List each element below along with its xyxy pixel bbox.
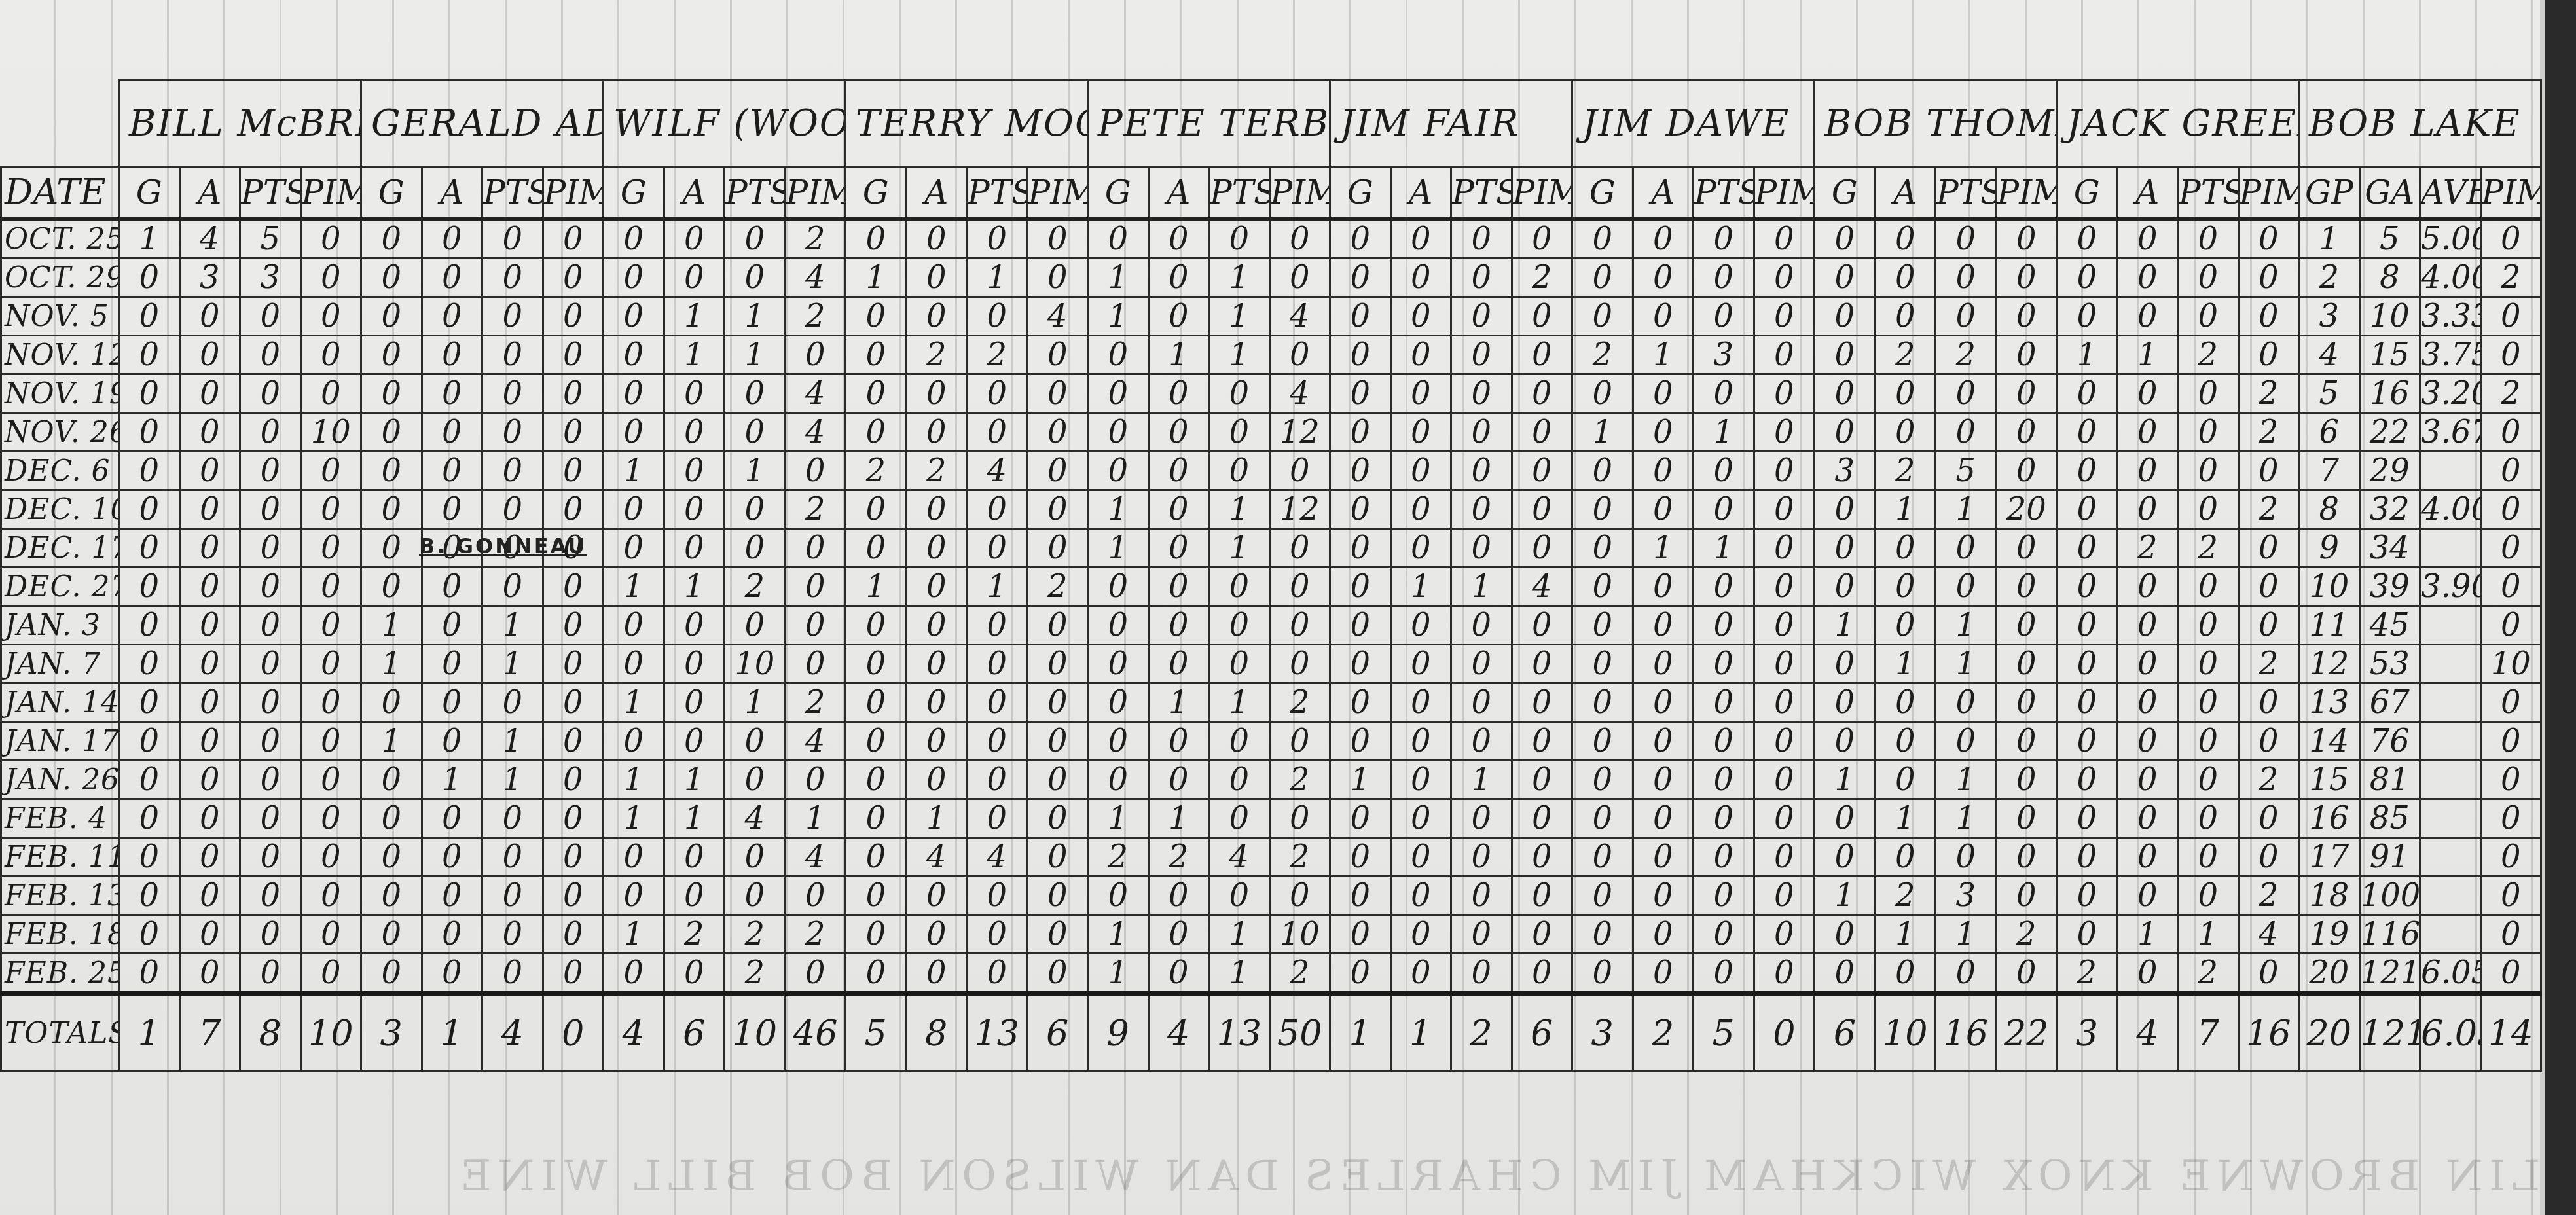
stat-cell: 0: [604, 606, 664, 645]
stat-cell: 0: [2238, 529, 2299, 568]
stat-column-header: A: [664, 167, 725, 219]
stat-cell: 2: [785, 915, 846, 954]
stat-cell: 0: [1209, 799, 1270, 838]
stat-cell: 0: [785, 336, 846, 374]
stat-cell: 0: [1390, 490, 1451, 529]
stat-cell: 0: [1754, 799, 1815, 838]
stat-cell: 0: [2117, 683, 2178, 722]
stat-cell: 0: [664, 606, 725, 645]
stat-cell: 0: [119, 568, 180, 606]
player-header: JACK GREER: [2057, 80, 2299, 167]
stat-cell: 0: [482, 259, 543, 297]
stat-cell: [2420, 683, 2481, 722]
stat-cell: 32: [2359, 490, 2420, 529]
stat-cell: 5: [1936, 452, 1997, 490]
stat-cell: 0: [1390, 915, 1451, 954]
stat-cell: 2: [2238, 645, 2299, 683]
stat-cell: 0: [1754, 529, 1815, 568]
stat-cell: 0: [1269, 259, 1330, 297]
stat-cell: 0: [967, 799, 1028, 838]
stat-cell: 0: [1027, 915, 1088, 954]
total-cell: 1: [422, 994, 482, 1071]
stat-cell: 0: [664, 683, 725, 722]
stat-cell: 0: [1754, 568, 1815, 606]
stat-cell: 0: [1875, 606, 1936, 645]
total-cell: 4: [482, 994, 543, 1071]
stat-cell: 0: [2117, 568, 2178, 606]
stat-cell: 0: [1390, 954, 1451, 994]
stat-cell: 0: [1390, 219, 1451, 259]
stat-cell: 4: [725, 799, 786, 838]
stat-cell: 0: [1148, 259, 1209, 297]
stat-cell: 0: [482, 915, 543, 954]
stat-cell: 0: [1269, 722, 1330, 761]
stat-cell: 0: [1027, 606, 1088, 645]
stat-cell: 0: [1390, 259, 1451, 297]
stat-cell: 0: [1936, 259, 1997, 297]
stat-cell: 4: [1027, 297, 1088, 336]
stat-cell: 6: [2299, 413, 2360, 452]
stat-cell: 1: [967, 568, 1028, 606]
stat-cell: 0: [300, 568, 361, 606]
stat-cell: 0: [1512, 954, 1572, 994]
stat-cell: 0: [2117, 490, 2178, 529]
stat-cell: 100: [2359, 877, 2420, 915]
stat-cell: 1: [2117, 336, 2178, 374]
stat-cell: 0: [1088, 606, 1149, 645]
total-cell: 8: [240, 994, 301, 1071]
stat-cell: 0: [2057, 529, 2118, 568]
stat-cell: 1: [664, 297, 725, 336]
stat-cell: 0: [1512, 838, 1572, 877]
stat-cell: 0: [1754, 877, 1815, 915]
stat-cell: 0: [1694, 799, 1754, 838]
stat-cell: 0: [1390, 722, 1451, 761]
stat-cell: 0: [846, 606, 907, 645]
stat-cell: 0: [300, 452, 361, 490]
stat-cell: 0: [1633, 838, 1694, 877]
stat-cell: 0: [2117, 259, 2178, 297]
stat-cell: 0: [846, 915, 907, 954]
stat-column-header: G: [119, 167, 180, 219]
stat-cell: 3: [179, 259, 240, 297]
stat-cell: 0: [482, 683, 543, 722]
stat-cell: 0: [1148, 915, 1209, 954]
stat-cell: 0: [1936, 219, 1997, 259]
stat-cell: 0: [300, 761, 361, 799]
stat-cell: 0: [785, 761, 846, 799]
stat-cell: 0: [725, 606, 786, 645]
stat-cell: 0: [906, 259, 967, 297]
stat-column-header: A: [1633, 167, 1694, 219]
game-date: NOV. 19: [1, 374, 119, 413]
stat-cell: 0: [1754, 838, 1815, 877]
stat-cell: 0: [240, 606, 301, 645]
stat-cell: 1: [1633, 336, 1694, 374]
stat-cell: 2: [1996, 915, 2057, 954]
stat-cell: 0: [179, 683, 240, 722]
stat-column-header: PIM: [1512, 167, 1572, 219]
total-cell: 46: [785, 994, 846, 1071]
game-row: DEC. 10000000000002000010112000000000112…: [1, 490, 2541, 529]
stat-cell: 0: [2057, 568, 2118, 606]
stat-cell: 0: [2057, 915, 2118, 954]
total-cell: 13: [1209, 994, 1270, 1071]
stat-cell: 10: [2480, 645, 2541, 683]
stat-cell: 0: [664, 529, 725, 568]
stat-cell: 0: [846, 374, 907, 413]
stat-cell: 0: [604, 336, 664, 374]
stat-cell: 0: [785, 645, 846, 683]
stat-cell: 1: [1088, 259, 1149, 297]
stat-cell: 4: [1512, 568, 1572, 606]
stat-cell: 0: [785, 568, 846, 606]
stat-cell: 0: [2117, 838, 2178, 877]
total-cell: 1: [119, 994, 180, 1071]
stat-cell: 0: [422, 722, 482, 761]
stat-cell: 0: [543, 761, 604, 799]
stat-cell: 1: [2178, 915, 2239, 954]
stat-cell: 0: [2480, 915, 2541, 954]
stat-cell: 0: [1209, 374, 1270, 413]
stat-cell: 0: [1148, 297, 1209, 336]
stat-cell: 0: [422, 568, 482, 606]
stat-cell: 1: [1936, 490, 1997, 529]
date-header: DATE: [1, 167, 119, 219]
stat-cell: 0: [2117, 722, 2178, 761]
stat-cell: 4: [1269, 297, 1330, 336]
total-cell: 6: [1027, 994, 1088, 1071]
stat-cell: 0: [1754, 490, 1815, 529]
player-header: WILF (WOODY) CAVANAUGH: [604, 80, 846, 167]
stat-cell: 0: [1148, 877, 1209, 915]
stat-cell: 1: [482, 645, 543, 683]
stat-cell: 0: [846, 336, 907, 374]
stat-cell: 0: [1088, 645, 1149, 683]
corner-cell: [1, 80, 119, 167]
stat-cell: 0: [1694, 954, 1754, 994]
stat-cell: 0: [1633, 915, 1694, 954]
stat-cell: 0: [240, 452, 301, 490]
stat-cell: 0: [422, 645, 482, 683]
stat-cell: 0: [1996, 374, 2057, 413]
total-cell: 8: [906, 994, 967, 1071]
stat-cell: 0: [906, 297, 967, 336]
stat-cell: 1: [1936, 645, 1997, 683]
stat-cell: 0: [300, 259, 361, 297]
stat-cell: 0: [906, 915, 967, 954]
player-header: BOB LAKE: [2299, 80, 2541, 167]
stat-cell: 0: [422, 490, 482, 529]
stat-cell: 2: [1148, 838, 1209, 877]
total-cell: 14: [2480, 994, 2541, 1071]
stat-cell: 0: [725, 877, 786, 915]
stat-cell: 0: [240, 413, 301, 452]
stat-cell: 3.33: [2420, 297, 2481, 336]
stat-cell: 0: [1694, 838, 1754, 877]
stat-cell: 0: [1269, 877, 1330, 915]
stat-cell: 0: [1451, 413, 1512, 452]
stat-cell: 0: [1633, 761, 1694, 799]
stat-cell: 0: [1572, 799, 1633, 838]
stat-cell: 76: [2359, 722, 2420, 761]
stat-cell: 0: [906, 568, 967, 606]
stat-cell: 1: [725, 683, 786, 722]
stat-cell: 0: [2057, 452, 2118, 490]
stat-cell: 0: [1451, 374, 1512, 413]
stat-column-header: PIM: [785, 167, 846, 219]
stat-cell: 1: [1148, 336, 1209, 374]
total-cell: 22: [1996, 994, 2057, 1071]
stat-cell: 1: [1451, 568, 1512, 606]
stat-cell: 0: [1451, 645, 1512, 683]
stat-cell: 0: [1572, 297, 1633, 336]
stat-cell: 0: [300, 954, 361, 994]
stat-cell: 0: [1027, 838, 1088, 877]
game-row: OCT. 25145000000002000000000000000000000…: [1, 219, 2541, 259]
stat-cell: 0: [1754, 374, 1815, 413]
stat-cell: 0: [2178, 452, 2239, 490]
stat-cell: 0: [2178, 683, 2239, 722]
stat-cell: 0: [1633, 799, 1694, 838]
stat-cell: 0: [1996, 954, 2057, 994]
stat-cell: 0: [604, 529, 664, 568]
stat-cell: 0: [179, 297, 240, 336]
stat-cell: 3: [1815, 452, 1876, 490]
stat-cell: 0: [1390, 838, 1451, 877]
stat-cell: 2: [2238, 374, 2299, 413]
stat-cell: 0: [361, 413, 422, 452]
stat-cell: 1: [361, 606, 422, 645]
stat-cell: 0: [906, 722, 967, 761]
stat-cell: 0: [1269, 336, 1330, 374]
stat-cell: 0: [1572, 761, 1633, 799]
stat-cell: 0: [2178, 490, 2239, 529]
stat-cell: 0: [240, 799, 301, 838]
stat-cell: 0: [1815, 915, 1876, 954]
game-row: NOV. 26000100000000400000001200001010000…: [1, 413, 2541, 452]
stat-cell: [2420, 761, 2481, 799]
stat-cell: 0: [543, 915, 604, 954]
stat-cell: 0: [1996, 452, 2057, 490]
stat-cell: 4: [785, 838, 846, 877]
stat-cell: 0: [1512, 529, 1572, 568]
stat-cell: 0: [1572, 452, 1633, 490]
stat-cell: 0: [2238, 336, 2299, 374]
stat-cell: 0: [2057, 606, 2118, 645]
stat-cell: 0: [1390, 336, 1451, 374]
stat-cell: 0: [119, 374, 180, 413]
stat-cell: 0: [1512, 645, 1572, 683]
stat-cell: 0: [846, 683, 907, 722]
game-row: JAN. 26000001101100000000021010000010100…: [1, 761, 2541, 799]
stat-cell: 0: [1875, 568, 1936, 606]
stat-cell: 0: [1512, 336, 1572, 374]
stat-cell: 0: [2057, 219, 2118, 259]
stat-cell: 0: [482, 799, 543, 838]
stat-cell: 17: [2299, 838, 2360, 877]
stat-cell: 1: [725, 452, 786, 490]
stat-column-header: GP: [2299, 167, 2360, 219]
stat-cell: 0: [543, 374, 604, 413]
stat-cell: 0: [1754, 259, 1815, 297]
stat-cell: 0: [179, 413, 240, 452]
player-header: BOB THOMPSON: [1815, 80, 2057, 167]
stat-cell: 0: [2117, 297, 2178, 336]
stat-cell: 1: [1088, 954, 1149, 994]
stat-cell: 16: [2299, 799, 2360, 838]
stat-cell: 0: [1996, 645, 2057, 683]
stat-cell: 0: [1694, 915, 1754, 954]
stat-cell: 0: [2117, 799, 2178, 838]
stat-cell: 4: [967, 452, 1028, 490]
stat-cell: [2420, 722, 2481, 761]
stat-cell: 0: [1633, 297, 1694, 336]
stat-cell: 0: [179, 490, 240, 529]
stat-cell: 4: [1209, 838, 1270, 877]
stat-cell: 4: [785, 413, 846, 452]
stat-cell: 0: [543, 259, 604, 297]
stat-cell: 0: [1512, 683, 1572, 722]
game-row: JAN. 14000000001012000001120000000000000…: [1, 683, 2541, 722]
stat-cell: 1: [1936, 799, 1997, 838]
stat-cell: 0: [725, 761, 786, 799]
stat-cell: 0: [1996, 529, 2057, 568]
stat-cell: 0: [1572, 490, 1633, 529]
game-row: NOV. 12000000000110022001100000213002201…: [1, 336, 2541, 374]
total-cell: 6: [1815, 994, 1876, 1071]
stat-cell: 0: [179, 954, 240, 994]
stat-cell: 0: [179, 452, 240, 490]
stat-cell: 0: [1936, 838, 1997, 877]
stat-cell: 0: [1815, 568, 1876, 606]
stat-cell: 0: [543, 490, 604, 529]
stat-cell: 0: [1330, 645, 1391, 683]
stat-cell: 0: [1633, 490, 1694, 529]
stat-cell: 0: [846, 761, 907, 799]
stat-cell: 0: [906, 606, 967, 645]
stat-cell: [2420, 452, 2481, 490]
stat-cell: 0: [1512, 490, 1572, 529]
stat-cell: 2: [2480, 259, 2541, 297]
stat-cell: 1: [1815, 877, 1876, 915]
stat-cell: 0: [1936, 722, 1997, 761]
total-cell: 4: [2117, 994, 2178, 1071]
stat-cell: 4.00: [2420, 490, 2481, 529]
stat-cell: 0: [240, 645, 301, 683]
game-date: FEB. 13: [1, 877, 119, 915]
stat-cell: 0: [1209, 568, 1270, 606]
stat-cell: 0: [119, 297, 180, 336]
stat-column-header: PIM: [2238, 167, 2299, 219]
stat-cell: 2: [2480, 374, 2541, 413]
stat-cell: 0: [2238, 954, 2299, 994]
stat-cell: 0: [906, 761, 967, 799]
stat-cell: 0: [1633, 374, 1694, 413]
stat-cell: 0: [422, 606, 482, 645]
stat-cell: 0: [240, 722, 301, 761]
stat-cell: 0: [2117, 877, 2178, 915]
stat-cell: 0: [1875, 219, 1936, 259]
total-cell: 20: [2299, 994, 2360, 1071]
stat-cell: 0: [1512, 219, 1572, 259]
stat-cell: 0: [1754, 297, 1815, 336]
stat-cell: 0: [2238, 452, 2299, 490]
stat-cell: 0: [1330, 413, 1391, 452]
stat-cell: 0: [1694, 606, 1754, 645]
total-cell: 5: [1694, 994, 1754, 1071]
total-cell: 10: [1875, 994, 1936, 1071]
stat-cell: 19: [2299, 915, 2360, 954]
stat-cell: 29: [2359, 452, 2420, 490]
stat-cell: 0: [906, 490, 967, 529]
stat-cell: 0: [2178, 219, 2239, 259]
stat-cell: 81: [2359, 761, 2420, 799]
stat-cell: 0: [482, 374, 543, 413]
stat-cell: 0: [1088, 413, 1149, 452]
stat-cell: 0: [2057, 645, 2118, 683]
stat-cell: 0: [1512, 722, 1572, 761]
stat-cell: 1: [1815, 761, 1876, 799]
stat-cell: 12: [1269, 413, 1330, 452]
stat-cell: 0: [1875, 838, 1936, 877]
stat-cell: 0: [1633, 877, 1694, 915]
total-cell: 3: [361, 994, 422, 1071]
stat-cell: 0: [967, 606, 1028, 645]
stat-column-header: PIM: [2480, 167, 2541, 219]
stat-cell: 2: [2178, 336, 2239, 374]
stat-cell: 0: [1754, 954, 1815, 994]
stat-cell: 0: [361, 877, 422, 915]
stat-cell: 1: [604, 452, 664, 490]
stat-cell: 0: [240, 336, 301, 374]
stat-cell: 0: [1572, 915, 1633, 954]
stat-cell: 0: [906, 877, 967, 915]
stat-cell: 1: [1209, 259, 1270, 297]
stat-cell: 0: [2178, 799, 2239, 838]
stat-cell: 1: [2117, 915, 2178, 954]
stat-cell: 1: [725, 297, 786, 336]
stat-cell: 1: [1209, 336, 1270, 374]
stat-cell: 0: [1694, 761, 1754, 799]
total-cell: 16: [1936, 994, 1997, 1071]
stat-cell: 0: [240, 490, 301, 529]
stat-cell: 0: [361, 761, 422, 799]
stat-cell: 2: [725, 915, 786, 954]
stat-cell: 0: [119, 954, 180, 994]
stat-cell: 1: [1088, 490, 1149, 529]
stat-cell: 0: [725, 374, 786, 413]
stat-cell: [2420, 799, 2481, 838]
stat-cell: 0: [1451, 336, 1512, 374]
stat-cell: 0: [1027, 722, 1088, 761]
stat-cell: 0: [2057, 683, 2118, 722]
stat-cell: 0: [179, 799, 240, 838]
stat-cell: 1: [846, 568, 907, 606]
stat-cell: 0: [1390, 645, 1451, 683]
stat-cell: 1: [361, 722, 422, 761]
stat-cell: 0: [664, 452, 725, 490]
stat-cell: 0: [1390, 297, 1451, 336]
stat-cell: 0: [1936, 683, 1997, 722]
stat-cell: 0: [1936, 297, 1997, 336]
stat-cell: 1: [1148, 683, 1209, 722]
stat-cell: 1: [1088, 799, 1149, 838]
stat-cell: 0: [1088, 374, 1149, 413]
total-cell: 121: [2359, 994, 2420, 1071]
stat-cell: 0: [664, 645, 725, 683]
stat-cell: 0: [1815, 336, 1876, 374]
